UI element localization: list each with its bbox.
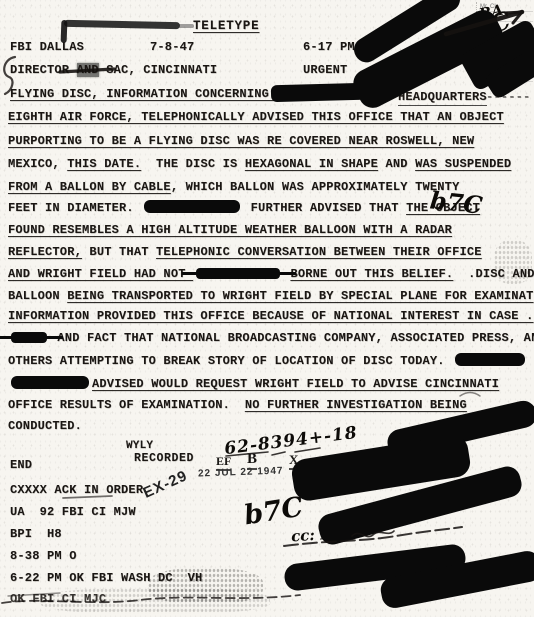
teletype-text: .DISC AND (453, 267, 534, 281)
footer-line-bpi: BPI H8 (10, 527, 62, 541)
redaction-bar (271, 83, 364, 102)
recipient-text: DIRECTOR (10, 63, 77, 77)
footer-line-end: END (10, 458, 32, 472)
teletype-text: EIGHTH AIR FORCE, TELEPHONICALLY ADVISED… (8, 110, 504, 124)
teletype-line: AND WRIGHT FIELD HAD NOT BORNE OUT THIS … (8, 267, 534, 281)
inline-redaction (11, 376, 89, 389)
subject-line: FLYING DISC, INFORMATION CONCERNING. (10, 87, 276, 101)
teletype-line: FOUND RESEMBLES A HIGH ALTITUDE WEATHER … (8, 223, 452, 237)
teletype-text: ADVISED WOULD REQUEST WRIGHT FIELD TO AD… (92, 377, 499, 391)
originating-office: FBI DALLAS (10, 40, 84, 54)
urgency-label: URGENT (303, 63, 347, 77)
footer-line-838pm: 8-38 PM O (10, 549, 77, 563)
teletype-text: REFLECTOR, (8, 245, 82, 259)
teletype-text: THIS DATE. (67, 157, 141, 171)
date-received-stamp: 22 JUL 22 1947 (198, 466, 284, 480)
teletype-text: BORNE OUT THIS BELIEF. (290, 267, 453, 281)
ink-smear-tail (178, 24, 194, 28)
fbi-teletype-document: TELETYPE FBI DALLAS 7-8-47 6-17 PM DIREC… (0, 0, 534, 617)
teletype-text: CONDUCTED. (8, 419, 82, 433)
teletype-text: , WHICH BALLON WAS APPROXIMATELY TWENTY (171, 180, 460, 194)
teletype-line: CONDUCTED. (8, 419, 82, 433)
teletype-text: FEET IN DIAMETER. (8, 201, 141, 215)
teletype-text: THE DISC IS (141, 157, 245, 171)
footer-line-622pm: 6-22 PM OK FBI WASH DC VH (10, 571, 202, 585)
inline-redaction (11, 332, 47, 343)
teletype-line: OFFICE RESULTS OF EXAMINATION. NO FURTHE… (8, 398, 467, 412)
message-date: 7-8-47 (150, 40, 194, 54)
footer-line-ack: CXXXX ACK IN ORDER (10, 483, 143, 497)
teletype-text: AND WRIGHT FIELD HAD NOT (8, 267, 193, 281)
teletype-line: EIGHTH AIR FORCE, TELEPHONICALLY ADVISED… (8, 110, 504, 124)
teletype-line: FEET IN DIAMETER. FURTHER ADVISED THAT T… (8, 200, 480, 215)
teletype-text: OTHERS ATTEMPTING TO BREAK STORY OF LOCA… (8, 354, 452, 368)
footer-line-ua: UA 92 FBI CI MJW (10, 505, 136, 519)
wyly-label: WYLY (126, 440, 153, 452)
recipient-text-2: SAC, CINCINNATI (99, 63, 217, 77)
ex-29-stamp: EX-29 (141, 467, 191, 502)
teletype-text: OFFICE RESULTS OF EXAMINATION. (8, 398, 245, 412)
exemption-code-bottom: b7C (242, 492, 305, 532)
teletype-text: PURPORTING TO BE A FLYING DISC WAS RE CO… (8, 134, 474, 148)
teletype-text: AND (378, 157, 415, 171)
teletype-text: FROM A BALLON BY CABLE (8, 180, 171, 194)
teletype-text: BUT THAT (82, 245, 156, 259)
teletype-text: NO FURTHER INVESTIGATION BEING (245, 398, 467, 412)
message-time: 6-17 PM (303, 40, 355, 54)
teletype-line: REFLECTOR, BUT THAT TELEPHONIC CONVERSAT… (8, 245, 482, 259)
ink-smear-horizontal (64, 20, 180, 29)
recipient-line: DIRECTOR AND SAC, CINCINNATI (10, 63, 217, 77)
teletype-line: AND FACT THAT NATIONAL BROADCASTING COMP… (8, 331, 534, 345)
teletype-text: TELEPHONIC CONVERSATION BETWEEN THEIR OF… (156, 245, 482, 259)
teletype-line: FROM A BALLON BY CABLE, WHICH BALLON WAS… (8, 180, 459, 194)
pencil-squiggle (460, 393, 480, 397)
teletype-title: TELETYPE (193, 19, 259, 33)
teletype-text: INFORMATION PROVIDED THIS OFFICE BECAUSE… (8, 309, 533, 323)
teletype-text: FURTHER ADVISED THAT (243, 201, 406, 215)
teletype-text: MEXICO, (8, 157, 67, 171)
teletype-line: OTHERS ATTEMPTING TO BREAK STORY OF LOCA… (8, 353, 528, 368)
inline-redaction (196, 268, 280, 279)
teletype-line: MEXICO, THIS DATE. THE DISC IS HEXAGONAL… (8, 157, 511, 171)
teletype-text: HEXAGONAL IN SHAPE (245, 157, 378, 171)
inline-redaction (455, 353, 525, 366)
teletype-text: AND FACT THAT NATIONAL BROADCASTING COMP… (50, 331, 534, 345)
teletype-text: BALLOON (8, 289, 67, 303)
teletype-line: PURPORTING TO BE A FLYING DISC WAS RE CO… (8, 134, 474, 148)
headquarters-label: HEADQUARTERS (398, 90, 487, 106)
teletype-text: FOUND RESEMBLES A HIGH ALTITUDE WEATHER … (8, 223, 452, 237)
teletype-line: INFORMATION PROVIDED THIS OFFICE BECAUSE… (8, 309, 533, 323)
inline-redaction (144, 200, 240, 213)
teletype-line: ADVISED WOULD REQUEST WRIGHT FIELD TO AD… (8, 376, 499, 391)
struck-word-and: AND (77, 63, 99, 77)
teletype-line: BALLOON BEING TRANSPORTED TO WRIGHT FIEL… (8, 289, 534, 303)
footer-line-okfbi: OK FBI CI MJC (10, 592, 106, 606)
teletype-text: BEING TRANSPORTED TO WRIGHT FIELD BY SPE… (67, 289, 533, 303)
exemption-code-mid: b7C (429, 185, 484, 219)
recorded-stamp: RECORDED (134, 452, 194, 465)
teletype-text: WAS SUSPENDED (415, 157, 511, 171)
